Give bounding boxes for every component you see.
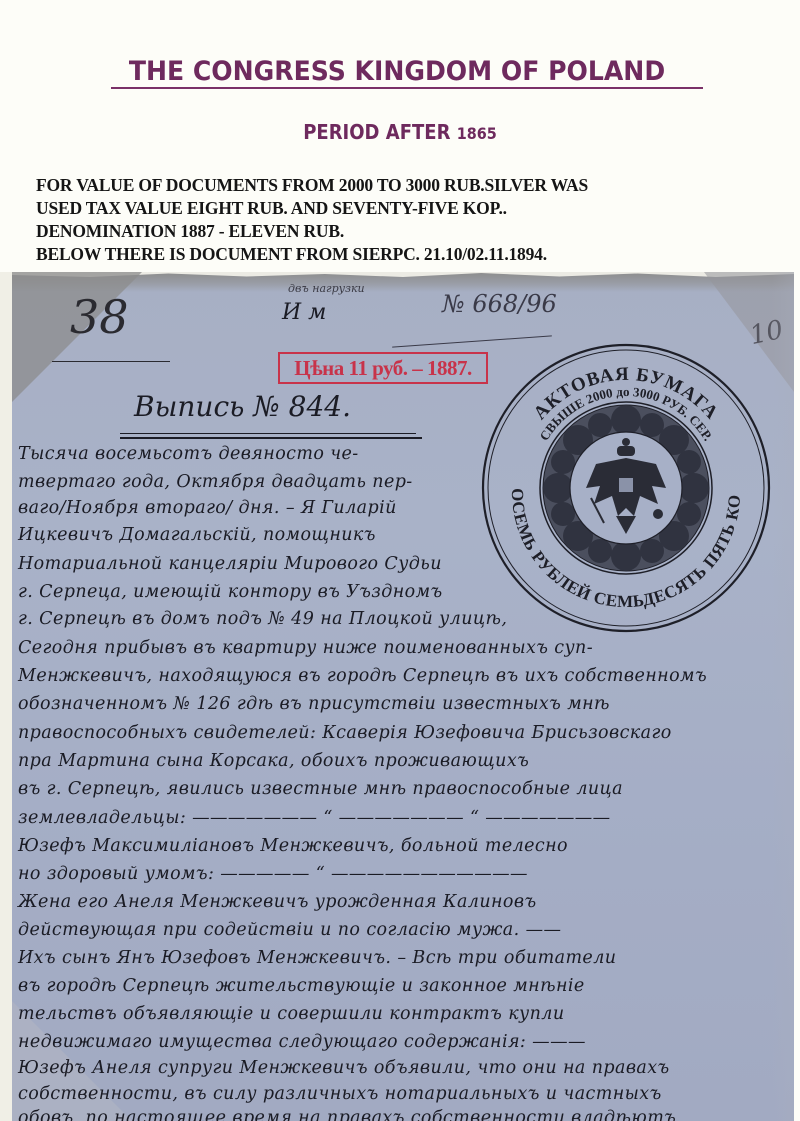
handwritten-line: землевладельцы: ——————— “ ——————— “ ————…: [18, 808, 611, 828]
registry-number: № 668/96: [442, 290, 557, 318]
handwritten-line: Нотариальной канцелярiи Мирового Судьи: [18, 554, 442, 574]
description-block: FOR VALUE OF DOCUMENTS FROM 2000 TO 3000…: [36, 174, 776, 266]
handwritten-line: недвижимаго имущества следующаго содержа…: [18, 1032, 586, 1052]
extract-heading: Выпись № 844.: [134, 390, 351, 423]
title-underline: [111, 87, 703, 89]
description-line: BELOW THERE IS DOCUMENT FROM SIERPC. 21.…: [36, 243, 776, 266]
handwritten-line: Тысяча восемьсотъ девяносто че-: [18, 444, 359, 464]
handwritten-line: Ицкевичъ Домагальскiй, помощникъ: [18, 525, 376, 545]
handwritten-line: Юзефъ Максимилiановъ Менжкевичъ, больной…: [18, 836, 568, 856]
top-note: двъ нагрузки: [288, 282, 365, 295]
mount-edge-left: [0, 272, 12, 1121]
handwritten-line: собственности, въ силу различныхъ нотари…: [18, 1084, 662, 1104]
mount-header: THE CONGRESS KINGDOM OF POLAND PERIOD AF…: [0, 0, 800, 268]
handwritten-line: Юзефъ Анеля супруги Менжкевичъ объявили,…: [18, 1058, 670, 1078]
document-photo: 38 двъ нагрузки И м № 668/96 10 Цѣна 11 …: [12, 272, 794, 1121]
handwritten-line: обозначенномъ № 126 гдѣ въ присутствiи и…: [18, 694, 610, 714]
subtitle-year: 1865: [457, 124, 497, 143]
handwritten-line: пра Мартина сына Корсака, обоихъ прожива…: [18, 751, 529, 771]
price-overprint: Цѣна 11 руб. – 1887.: [278, 352, 488, 384]
page-number-underline: [52, 361, 170, 362]
handwritten-line: въ г. Серпецѣ, явились известные мнѣ пра…: [18, 779, 623, 799]
mount-tape-right: [772, 272, 794, 1121]
initials: И м: [282, 300, 326, 325]
page-number: 38: [70, 290, 129, 344]
handwritten-line: ваго/Ноября втораго/ дня. – Я Гиларiй: [18, 498, 397, 518]
subtitle-text: PERIOD AFTER: [303, 120, 456, 144]
handwritten-line: г. Серпеца, имеющiй контору въ Уъздномъ: [18, 582, 443, 602]
handwritten-line: Сегодня прибывъ въ квартиру ниже поимено…: [18, 638, 593, 658]
handwritten-line: твертаго года, Октября двадцать пер-: [18, 472, 413, 492]
heading-underline: [120, 433, 416, 434]
revenue-stamp: АКТОВАЯ БУМАГА СВЫШЕ 2000 до 3000 РУБ. С…: [476, 338, 776, 638]
handwritten-line: Менжкевичъ, находящуюся въ городѣ Серпец…: [18, 666, 707, 686]
description-line: FOR VALUE OF DOCUMENTS FROM 2000 TO 3000…: [36, 174, 776, 197]
handwritten-line: обовъ, по настоящее время на правахъ соб…: [18, 1108, 676, 1121]
handwritten-line: тельствъ объявляющiе и совершили контрак…: [18, 1004, 565, 1024]
heading-underline-double: [120, 437, 422, 439]
mount-edge-right: [794, 272, 800, 1121]
handwritten-line: въ городѣ Серпецѣ жительствующiе и закон…: [18, 976, 585, 996]
page-subtitle: PERIOD AFTER 1865: [40, 120, 760, 144]
handwritten-line: г. Серпецѣ въ домъ подъ № 49 на Плоцкой …: [18, 609, 507, 629]
handwritten-line: правоспособныхъ свидетелей: Ксаверiя Юзе…: [18, 723, 672, 743]
handwritten-line: но здоровый умомъ: ————— “ ———————————: [18, 864, 528, 884]
page-title: THE CONGRESS KINGDOM OF POLAND: [95, 56, 700, 87]
handwritten-line: действующая при содействiи и по согласiю…: [18, 920, 561, 940]
handwritten-line: Ихъ сынъ Янъ Юзефовъ Менжкевичъ. – Всѣ т…: [18, 948, 616, 968]
description-line: USED TAX VALUE EIGHT RUB. AND SEVENTY-FI…: [36, 197, 776, 220]
handwritten-line: Жена его Анеля Менжкевичъ урожденная Кал…: [18, 892, 537, 912]
description-line: DENOMINATION 1887 - ELEVEN RUB.: [36, 220, 776, 243]
